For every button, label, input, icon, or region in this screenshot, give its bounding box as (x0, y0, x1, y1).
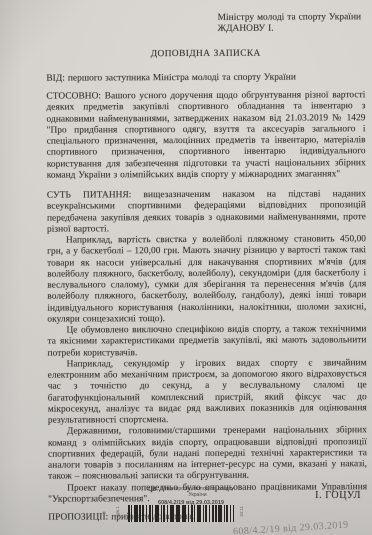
recipient-line-2: ЖДАНОВУ І. (218, 23, 362, 35)
recipient-line-1: Міністру молоді та спорту України (218, 12, 362, 24)
memo-title: ДОПОВІДНА ЗАПИСКА (46, 48, 365, 61)
body-paragraph-stopwatch-example: Наприклад, секундомір у ігрових видах сп… (48, 358, 367, 427)
regarding-paragraph: СТОСОВНО: Вашого усного доручення щодо о… (46, 90, 365, 181)
from-line: ВІД: першого заступника Міністра молоді … (46, 72, 365, 85)
body-paragraph-draft-order: Проект наказу попередньо було опрацьован… (48, 482, 367, 506)
proposals-line: ПРОПОЗИЦІЇ: прийняти до відома. (48, 511, 367, 524)
body-paragraph-essence: СУТЬ ПИТАННЯ: вищезазначеним наказом на … (47, 189, 366, 235)
body-paragraph-trainers: Державними, головними/старшими тренерами… (48, 425, 367, 483)
body-paragraph-explanation: Це обумовлено виключно специфікою видів … (47, 324, 366, 359)
memo-page: Міністру молоді та спорту України ЖДАНОВ… (0, 0, 372, 524)
recipient-block: Міністру молоді та спорту України ЖДАНОВ… (218, 12, 362, 35)
document-photo: Міністру молоді та спорту України ЖДАНОВ… (0, 0, 372, 535)
body-paragraph-example-prices: Наприклад, вартість свистка у волейболі … (47, 234, 366, 325)
